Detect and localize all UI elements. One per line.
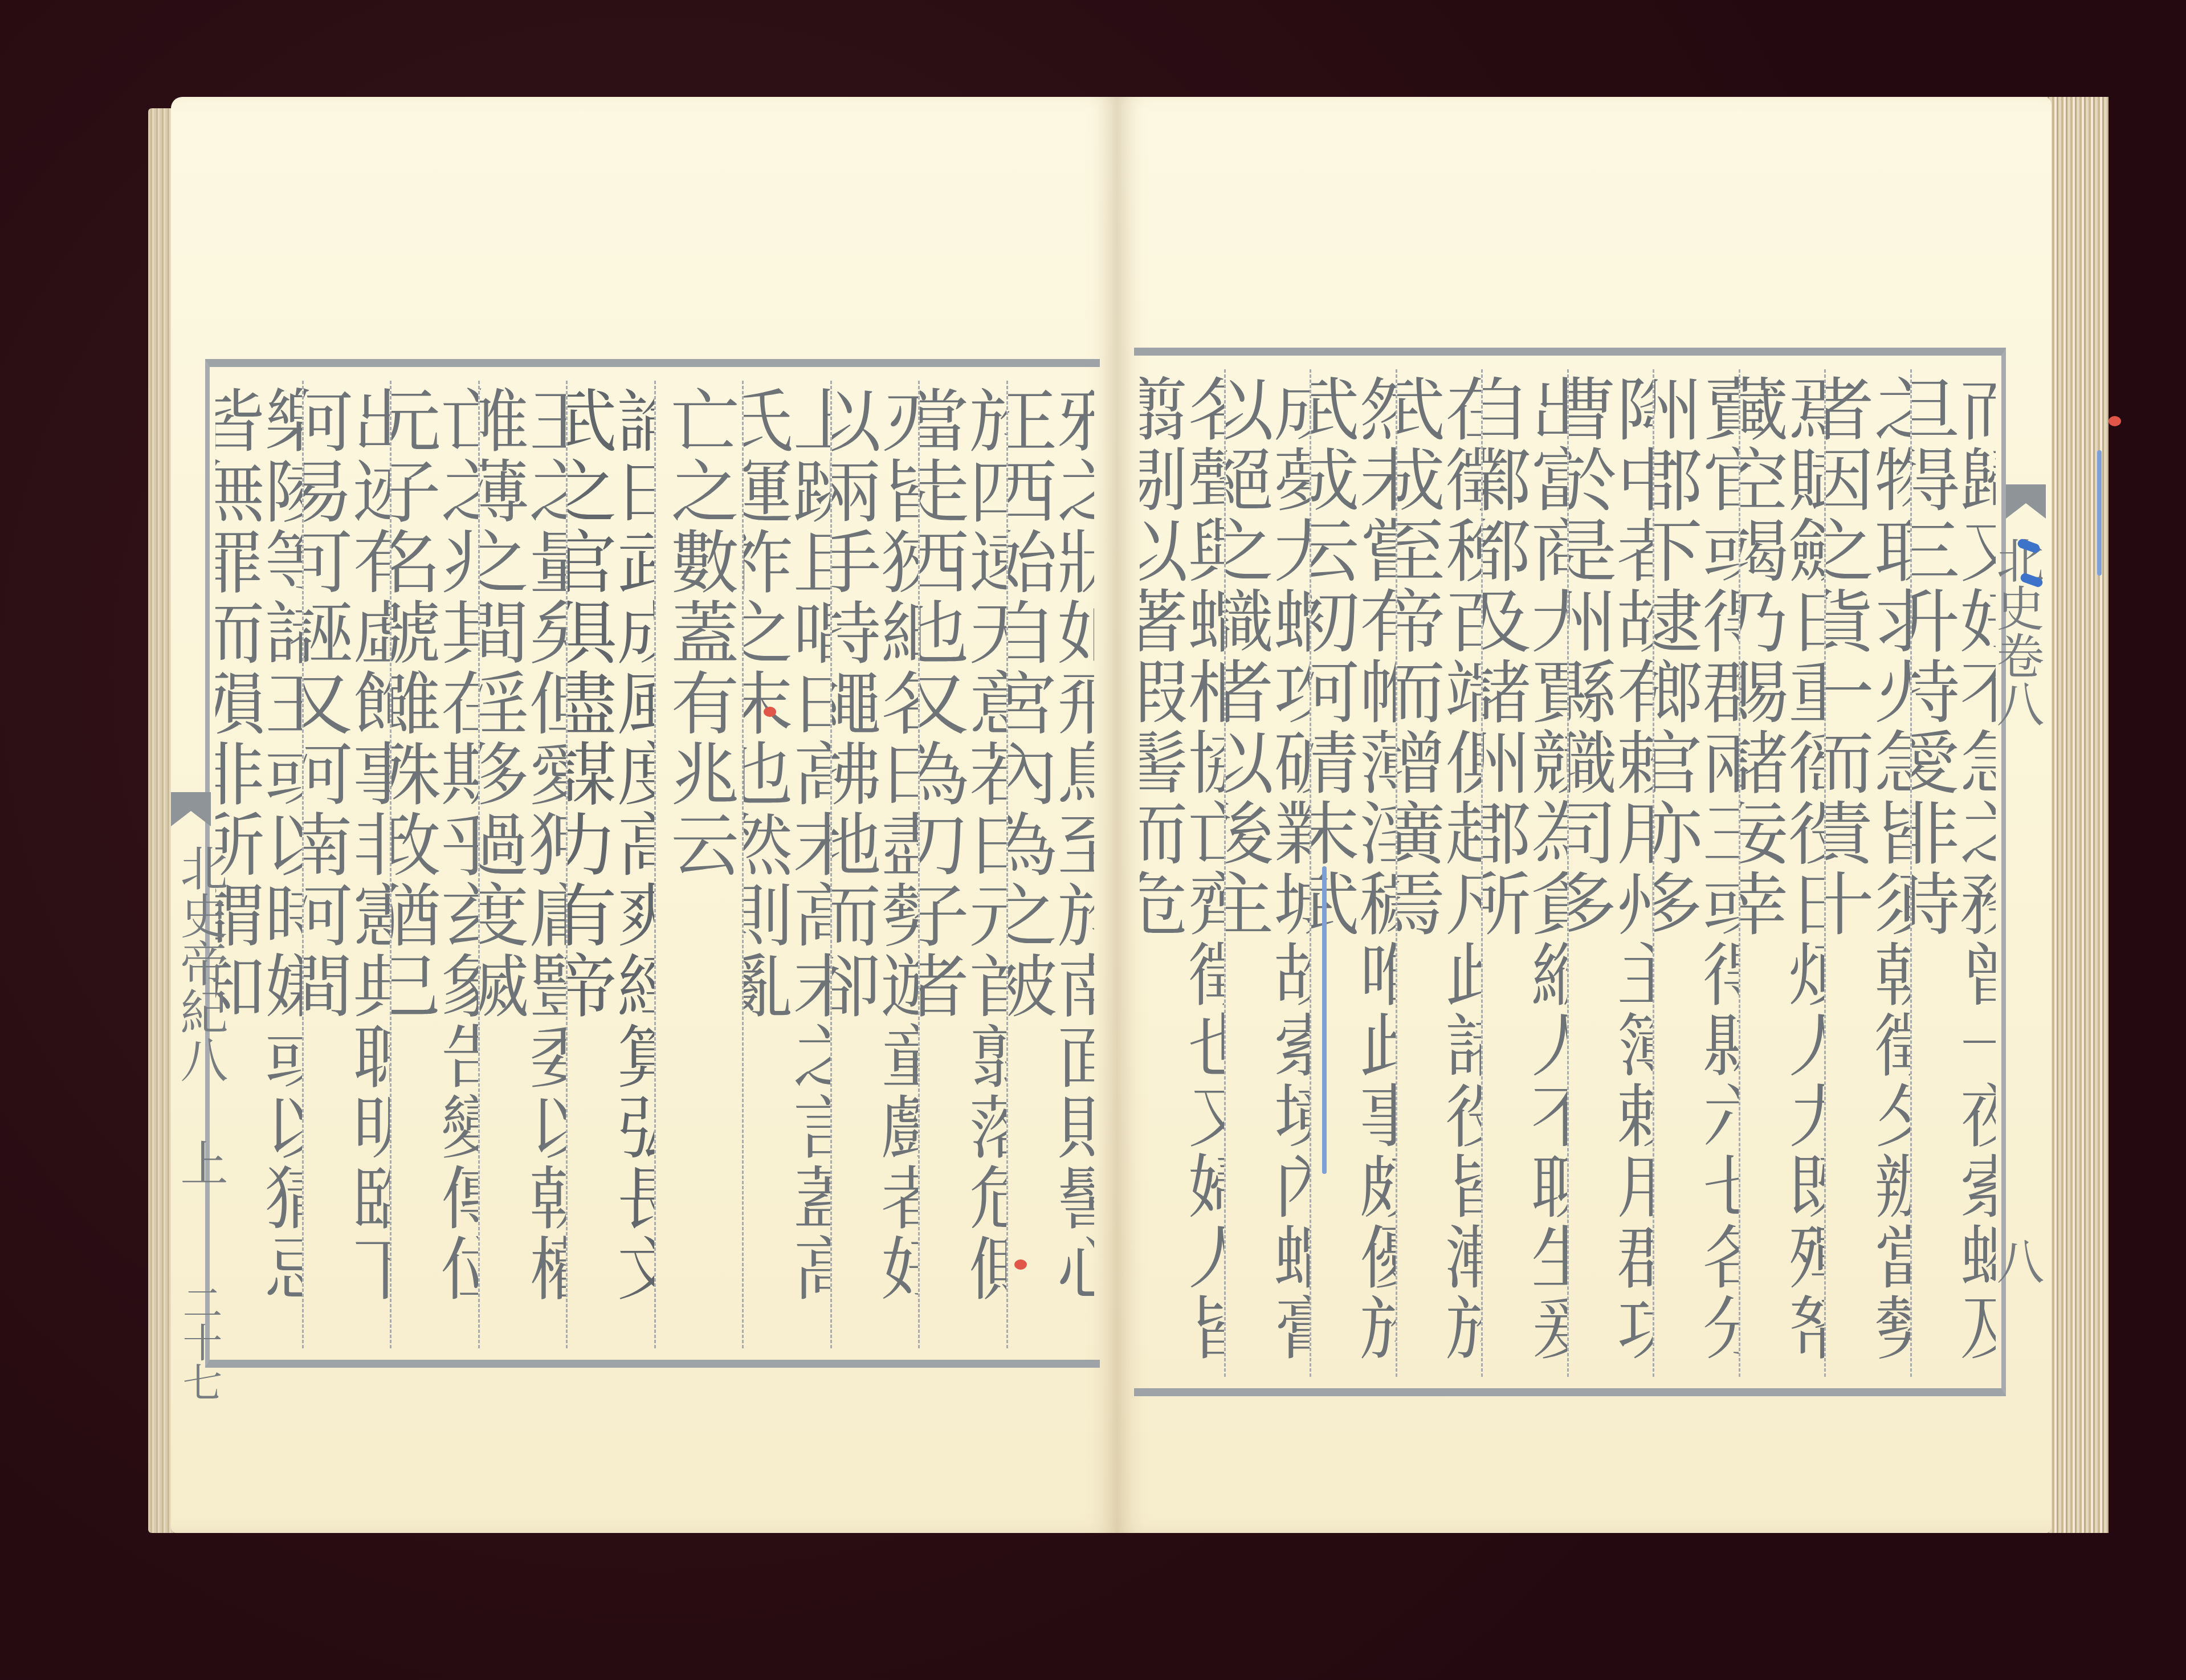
text-column: 出富商大賈競為貪縱人不聊生爰自鄴都及諸州郡所	[1481, 369, 1567, 1377]
text-column: 降中者故有敕用州主簿敕用郡功曹於是州縣職司多	[1567, 369, 1653, 1377]
red-annotation-mark	[1014, 1259, 1027, 1270]
blue-annotation-line	[2097, 450, 2102, 576]
right-text-frame: 而歸又好不急之務曾一夜索蝎及旦得三升特愛非時 之物取求火急皆須朝徵夕辦當勢者因之…	[1134, 348, 2006, 1396]
text-column: 在徵稅百端俱起凡此諸役皆漸於武成至帝而增廣焉	[1396, 369, 1482, 1377]
text-column: 於四遠天意若曰元首翦落危側當走西也又為刀子者	[918, 381, 1006, 1348]
left-text-frame: 邪之狀如飛鳥至於南面則髻心正西始自宮內為之被 於四遠天意若曰元首翦落危側當走西也…	[205, 359, 1100, 1368]
red-annotation-mark	[2108, 416, 2121, 426]
text-column: 而歸又好不急之務曾一夜索蝎及旦得三升特愛非時	[1910, 369, 1996, 1377]
text-column: 焉賦斂日重徭役日煩人力既殫帑藏空竭乃賜諸佞幸	[1739, 369, 1825, 1377]
page-number-right: 八	[1983, 1237, 2052, 1285]
fishtail-mark-left	[171, 792, 211, 826]
text-column: 名聲與蝟相協亡齊徵也又婦人皆翦剔以著假髻而危	[1140, 369, 1224, 1377]
left-page: 邪之狀如飛鳥至於南面則髻心正西始自宮內為之被 於四遠天意若曰元首翦落危側當走西也…	[171, 97, 1117, 1533]
text-column: 上跳且唱曰高末高末之言蓋高氏運祚之末也然則亂	[742, 381, 830, 1348]
text-column: 賣官或得郡兩三或得縣六七各分州郡下逮鄉官亦多	[1653, 369, 1739, 1377]
fishtail-mark-right	[2006, 484, 2046, 519]
right-text-columns: 而歸又好不急之務曾一夜索蝎及旦得三升特愛非時 之物取求火急皆須朝徵夕辦當勢者因之…	[1140, 369, 1996, 1377]
margin-title-left: 北史帝紀八 上	[166, 843, 235, 1186]
text-column: 王之量矣但愛狎庸豎委以朝權帷薄之間淫侈過度滅	[478, 381, 566, 1348]
page-number-left: 二十七	[171, 1282, 229, 1402]
left-text-columns: 邪之狀如飛鳥至於南面則髻心正西始自宮內為之被 於四遠天意若曰元首翦落危側當走西也…	[215, 381, 1094, 1348]
text-column: 亡之兆其在斯乎玄象告變傳位元子名號雖殊政猶己	[390, 381, 478, 1348]
text-column: 刃皆狹細名曰盡勢遊童戲者好以兩手持繩拂地而卻	[830, 381, 919, 1348]
text-column: 亡之數蓋有兆云	[654, 381, 743, 1348]
red-annotation-mark	[764, 707, 776, 717]
book-spread: 邪之狀如飛鳥至於南面則髻心正西始自宮內為之被 於四遠天意若曰元首翦落危側當走西也…	[148, 85, 2108, 1544]
margin-title-right: 北史卷八	[1983, 536, 2052, 727]
blue-annotation-line	[1322, 866, 1327, 1174]
text-column: 出迹有虛飾事非憲典聰明臨下何易可誣又河南河間	[302, 381, 390, 1348]
text-column: 成夢大蝟攻破鄴城故索境內蝟膏以絕之識者以後主	[1224, 369, 1310, 1377]
right-page: 而歸又好不急之務曾一夜索蝎及旦得三升特愛非時 之物取求火急皆須朝徵夕辦當勢者因之…	[1117, 97, 2052, 1533]
text-column: 之物取求火急皆須朝徵夕辦當勢者因之貨一而責十	[1824, 369, 1910, 1377]
text-column: 邪之狀如飛鳥至於南面則髻心正西始自宮內為之被	[1006, 381, 1095, 1348]
text-column-lun: 論曰武成風度高爽經算弘長文武之官俱盡謀力有帝	[566, 381, 654, 1348]
